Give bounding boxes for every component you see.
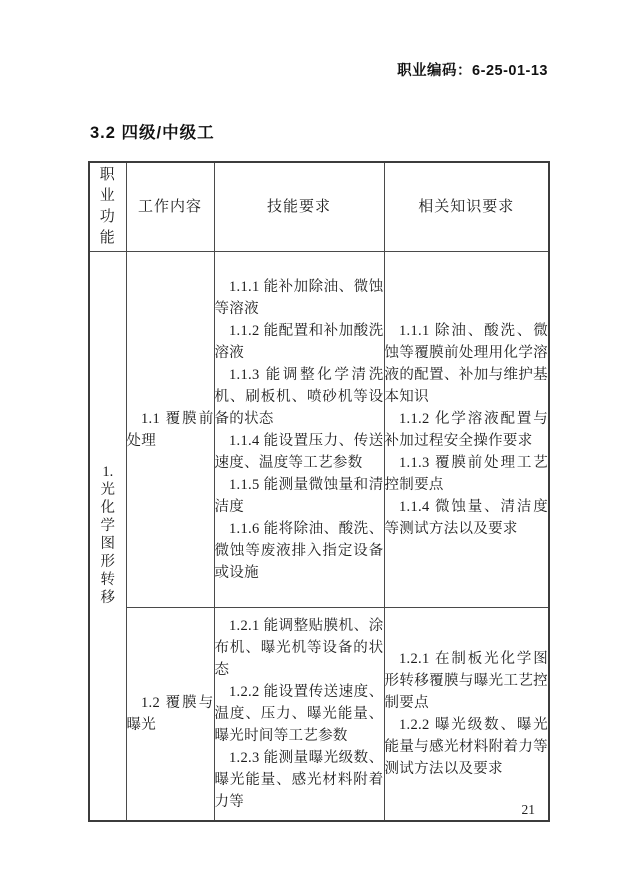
skill-item: 1.1.1 能补加除油、微蚀等溶液 [215,276,384,320]
skill-item: 1.2.2 能设置传送速度、温度、压力、曝光能量、曝光时间等工艺参数 [215,681,384,747]
knowledge-item: 1.1.3 覆膜前处理工艺控制要点 [385,452,549,496]
column-header-function: 职业功能 [89,162,126,252]
function-char: 图 [101,537,116,552]
function-char: 学 [101,519,116,534]
skill-requirements-cell-2: 1.2.1 能调整贴膜机、涂布机、曝光机等设备的状态 1.2.2 能设置传送速度… [214,608,384,821]
skill-item: 1.1.2 能配置和补加酸洗溶液 [215,320,384,364]
column-header-work-content: 工作内容 [126,162,214,252]
column-header-skill-requirements: 技能要求 [214,162,384,252]
table-row-2: 1.2 覆膜与曝光 1.2.1 能调整贴膜机、涂布机、曝光机等设备的状态 1.2… [89,608,549,821]
skill-item: 1.1.6 能将除油、酸洗、微蚀等废液排入指定设备或设施 [215,518,384,584]
function-char: 化 [101,501,116,516]
skill-requirements-cell-1: 1.1.1 能补加除油、微蚀等溶液 1.1.2 能配置和补加酸洗溶液 1.1.3… [214,252,384,608]
occupation-code: 职业编码：6-25-01-13 [88,59,548,80]
section-title: 3.2 四级/中级工 [90,119,215,143]
skill-item: 1.2.1 能调整贴膜机、涂布机、曝光机等设备的状态 [215,615,384,681]
function-char: 转 [101,573,116,588]
work-content-label: 1.1 覆膜前处理 [127,408,214,452]
knowledge-item: 1.1.1 除油、酸洗、微蚀等覆膜前处理用化学溶液的配置、补加与维护基本知识 [385,320,549,408]
knowledge-item: 1.1.2 化学溶液配置与补加过程安全操作要求 [385,408,549,452]
knowledge-item: 1.2.2 曝光级数、曝光能量与感光材料附着力等测试方法以及要求 [385,714,549,780]
page-number: 21 [522,802,536,818]
function-char: 1. [102,465,113,480]
function-cell: 1. 光 化 学 图 形 转 移 [89,252,126,821]
knowledge-item: 1.1.4 微蚀量、清洁度等测试方法以及要求 [385,496,549,540]
document-page: 职业编码：6-25-01-13 3.2 四级/中级工 职业功能 工作内容 技能要… [0,0,630,883]
skill-item: 1.1.4 能设置压力、传送速度、温度等工艺参数 [215,430,384,474]
function-char: 形 [101,555,116,570]
knowledge-requirements-cell-1: 1.1.1 除油、酸洗、微蚀等覆膜前处理用化学溶液的配置、补加与维护基本知识 1… [384,252,549,608]
function-vertical-label: 1. 光 化 学 图 形 转 移 [90,465,126,606]
skill-item: 1.2.3 能测量曝光级数、曝光能量、感光材料附着力等 [215,747,384,813]
function-char: 光 [101,483,116,498]
knowledge-item: 1.2.1 在制板光化学图形转移覆膜与曝光工艺控制要点 [385,648,549,714]
skills-table: 职业功能 工作内容 技能要求 相关知识要求 1. 光 化 学 图 形 转 [88,161,550,822]
skill-item: 1.1.3 能调整化学清洗机、刷板机、喷砂机等设备的状态 [215,364,384,430]
work-content-cell-1: 1.1 覆膜前处理 [126,252,214,608]
column-header-knowledge-requirements: 相关知识要求 [384,162,549,252]
skill-item: 1.1.5 能测量微蚀量和清洁度 [215,474,384,518]
function-char: 移 [101,591,116,606]
work-content-label: 1.2 覆膜与曝光 [127,692,214,736]
work-content-cell-2: 1.2 覆膜与曝光 [126,608,214,821]
table-header-row: 职业功能 工作内容 技能要求 相关知识要求 [89,162,549,252]
table-row-1: 1. 光 化 学 图 形 转 移 1.1 覆膜前处理 1.1.1 能补加除油、微… [89,252,549,608]
knowledge-requirements-cell-2: 1.2.1 在制板光化学图形转移覆膜与曝光工艺控制要点 1.2.2 曝光级数、曝… [384,608,549,821]
